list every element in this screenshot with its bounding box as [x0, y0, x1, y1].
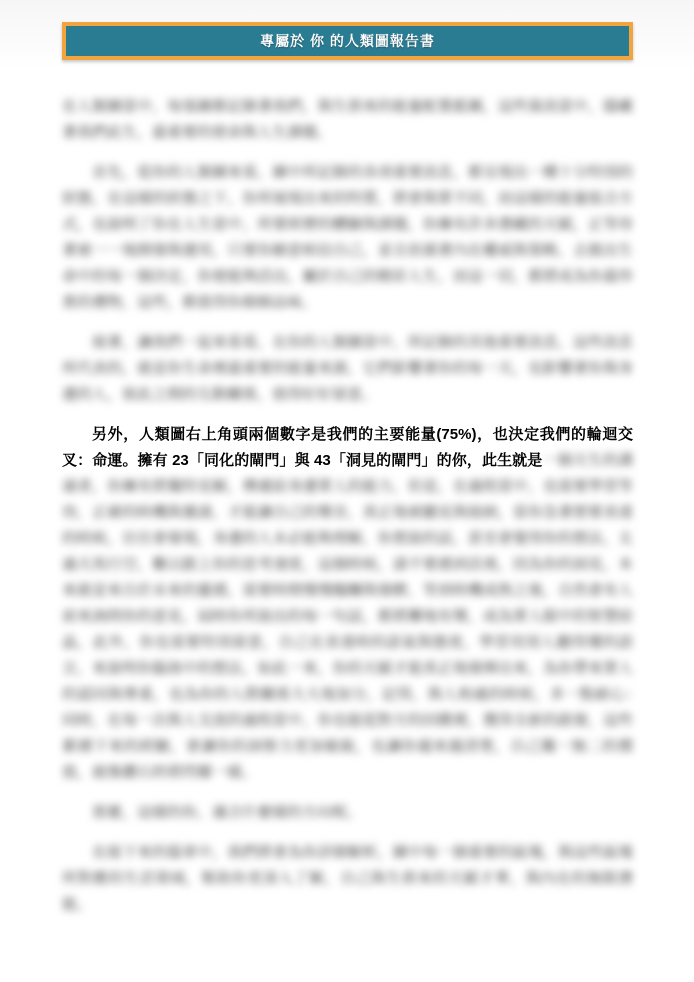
paragraph: 另外，人類圖右上角頭兩個數字是我們的主要能量(75%)，也決定我們的輪迴交叉：命… [62, 422, 633, 786]
blurred-text: 那麼，這樣的你，適合什麼樣的方向呢。 [92, 804, 362, 821]
blurred-text: 在人類圖當中，每張圖都記錄著我們，與生俱來的能量配置藍圖，這些資訊當中，隱藏著我… [62, 98, 633, 141]
blurred-text: 在接下來的篇章中，我們將會為你詳細解析，圖中每一個重要的區塊，與這些區塊所對應的… [62, 844, 633, 913]
paragraph: 首先，從你的人類圖來看，圖中所記錄的各項重要訊息，都呈現出一種十分特別的狀態，在… [62, 160, 633, 316]
blurred-text: 接著，讓我們一起來看看，在你的人類圖當中，所記錄的其他重要訊息，這些訊息所代表的… [62, 334, 633, 403]
paragraph: 在人類圖當中，每張圖都記錄著我們，與生俱來的能量配置藍圖，這些資訊當中，隱藏著我… [62, 94, 633, 146]
paragraph: 在接下來的篇章中，我們將會為你詳細解析，圖中每一個重要的區塊，與這些區塊所對應的… [62, 840, 633, 918]
paragraph: 接著，讓我們一起來看看，在你的人類圖當中，所記錄的其他重要訊息，這些訊息所代表的… [62, 330, 633, 408]
report-title-banner: 專屬於 你 的人類圖報告書 [62, 22, 633, 60]
report-title: 專屬於 你 的人類圖報告書 [260, 31, 435, 51]
report-body: 在人類圖當中，每張圖都記錄著我們，與生俱來的能量配置藍圖，這些資訊當中，隱藏著我… [62, 94, 633, 918]
blurred-text: 一個天生的溝通者，你擁有將獨特見解，傳遞給身邊眾人的能力，但是，在過程當中，也需… [62, 452, 694, 781]
blurred-text: 首先，從你的人類圖來看，圖中所記錄的各項重要訊息，都呈現出一種十分特別的狀態，在… [62, 164, 633, 311]
paragraph: 那麼，這樣的你，適合什麼樣的方向呢。 [62, 800, 633, 826]
report-page: 專屬於 你 的人類圖報告書 在人類圖當中，每張圖都記錄著我們，與生俱來的能量配置… [0, 0, 694, 982]
